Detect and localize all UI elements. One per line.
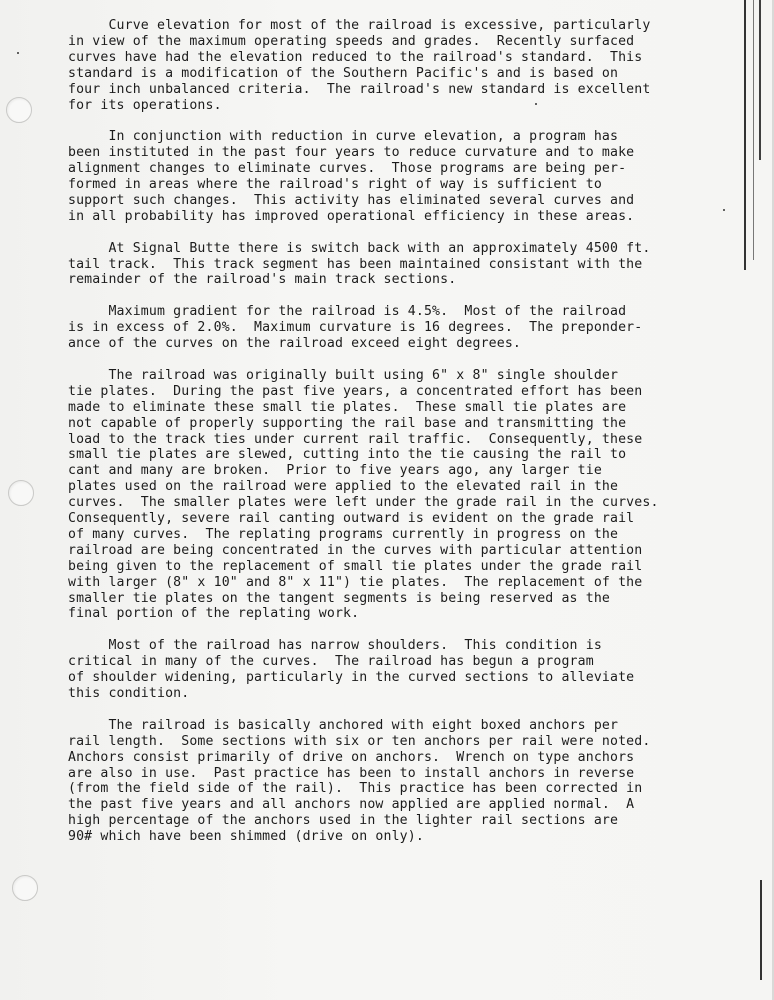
text-line: curves. The smaller plates were left und…: [68, 495, 668, 511]
scan-edge-line-4: [760, 880, 762, 980]
scan-speck: [17, 52, 19, 54]
scan-speck: [723, 209, 725, 211]
scan-edge-line-2: [753, 0, 754, 260]
text-line: high percentage of the anchors used in t…: [68, 813, 668, 829]
scan-edge-line-3: [759, 0, 761, 160]
text-line: is in excess of 2.0%. Maximum curvature …: [68, 320, 668, 336]
text-line: curves have had the elevation reduced to…: [68, 50, 668, 66]
text-line: tie plates. During the past five years, …: [68, 384, 668, 400]
text-line: rail length. Some sections with six or t…: [68, 734, 668, 750]
text-line: smaller tie plates on the tangent segmen…: [68, 591, 668, 607]
paragraph-curvature-reduction: In conjunction with reduction in curve e…: [68, 129, 668, 224]
scan-edge-line-1: [744, 0, 746, 270]
text-line: the past five years and all anchors now …: [68, 797, 668, 813]
text-line: final portion of the replating work.: [68, 606, 668, 622]
text-line: tail track. This track segment has been …: [68, 257, 668, 273]
document-body: Curve elevation for most of the railroad…: [68, 18, 668, 861]
text-line: In conjunction with reduction in curve e…: [68, 129, 668, 145]
text-line: made to eliminate these small tie plates…: [68, 400, 668, 416]
text-line: At Signal Butte there is switch back wit…: [68, 241, 668, 257]
text-line: alignment changes to eliminate curves. T…: [68, 161, 668, 177]
text-line: in all probability has improved operatio…: [68, 209, 668, 225]
text-line: of many curves. The replating programs c…: [68, 527, 668, 543]
text-line: cant and many are broken. Prior to five …: [68, 463, 668, 479]
text-line: four inch unbalanced criteria. The railr…: [68, 82, 668, 98]
text-line: remainder of the railroad's main track s…: [68, 272, 668, 288]
text-line: being given to the replacement of small …: [68, 559, 668, 575]
text-line: this condition.: [68, 686, 668, 702]
paragraph-signal-butte: At Signal Butte there is switch back wit…: [68, 241, 668, 289]
text-line: formed in areas where the railroad's rig…: [68, 177, 668, 193]
text-line: for its operations.: [68, 98, 668, 114]
text-line: not capable of properly supporting the r…: [68, 416, 668, 432]
text-line: (from the field side of the rail). This …: [68, 781, 668, 797]
text-line: 90# which have been shimmed (drive on on…: [68, 829, 668, 845]
text-line: load to the track ties under current rai…: [68, 432, 668, 448]
text-line: ance of the curves on the railroad excee…: [68, 336, 668, 352]
text-line: The railroad was originally built using …: [68, 368, 668, 384]
text-line: plates used on the railroad were applied…: [68, 479, 668, 495]
text-line: Consequently, severe rail canting outwar…: [68, 511, 668, 527]
text-line: Anchors consist primarily of drive on an…: [68, 750, 668, 766]
text-line: support such changes. This activity has …: [68, 193, 668, 209]
text-line: of shoulder widening, particularly in th…: [68, 670, 668, 686]
paragraph-tie-plates: The railroad was originally built using …: [68, 368, 668, 623]
text-line: The railroad is basically anchored with …: [68, 718, 668, 734]
text-line: in view of the maximum operating speeds …: [68, 34, 668, 50]
text-line: been instituted in the past four years t…: [68, 145, 668, 161]
text-line: critical in many of the curves. The rail…: [68, 654, 668, 670]
paragraph-curve-elevation: Curve elevation for most of the railroad…: [68, 18, 668, 113]
text-line: railroad are being concentrated in the c…: [68, 543, 668, 559]
text-line: small tie plates are slewed, cutting int…: [68, 447, 668, 463]
text-line: with larger (8" x 10" and 8" x 11") tie …: [68, 575, 668, 591]
text-line: are also in use. Past practice has been …: [68, 766, 668, 782]
paragraph-anchors: The railroad is basically anchored with …: [68, 718, 668, 845]
punch-hole-bottom: [12, 875, 38, 901]
punch-hole-middle: [8, 480, 34, 506]
text-line: Curve elevation for most of the railroad…: [68, 18, 668, 34]
text-line: Most of the railroad has narrow shoulder…: [68, 638, 668, 654]
text-line: standard is a modification of the Southe…: [68, 66, 668, 82]
punch-hole-top: [6, 97, 32, 123]
paragraph-gradient: Maximum gradient for the railroad is 4.5…: [68, 304, 668, 352]
text-line: Maximum gradient for the railroad is 4.5…: [68, 304, 668, 320]
paragraph-shoulders: Most of the railroad has narrow shoulder…: [68, 638, 668, 702]
scanned-page: Curve elevation for most of the railroad…: [0, 0, 774, 1000]
